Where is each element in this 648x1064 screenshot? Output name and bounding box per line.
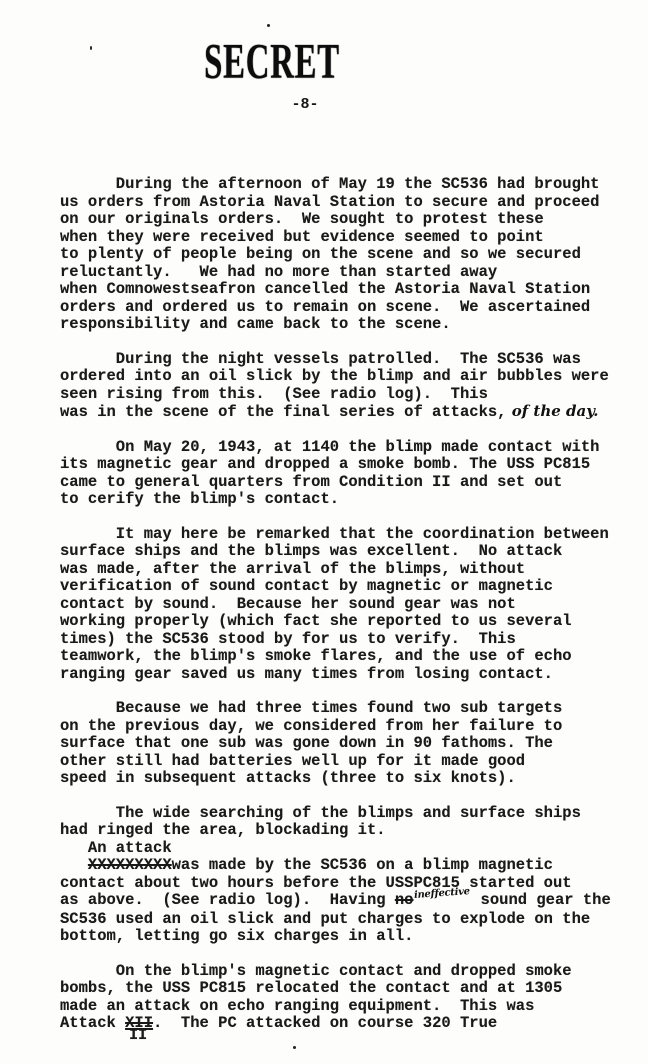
paragraph-1: During the afternoon of May 19 the SC536… xyxy=(60,176,640,334)
document-page: SECRET -8- During the afternoon of May 1… xyxy=(0,0,648,1064)
struck-word: no xyxy=(395,891,414,909)
paragraph-2: During the night vessels patrolled. The … xyxy=(60,351,640,422)
ink-speck xyxy=(293,1046,296,1049)
handwritten-of-the-day: of the day. xyxy=(506,402,598,420)
page-number: -8- xyxy=(0,96,610,113)
ink-speck xyxy=(267,24,270,27)
paragraph-4: It may here be remarked that the coordin… xyxy=(60,526,640,684)
ink-speck xyxy=(90,46,92,50)
attack-number-correction: XIIII xyxy=(125,1015,153,1033)
crossed-out-text: XXXXXXXXX xyxy=(88,856,172,874)
classification-stamp: SECRET xyxy=(0,38,544,86)
attack-number-handwritten: II xyxy=(129,1027,147,1045)
paragraph-6: The wide searching of the blimps and sur… xyxy=(60,805,640,840)
document-body: During the afternoon of May 19 the SC536… xyxy=(60,176,640,1050)
paragraph-7-attack: An attack XXXXXXXXXwas made by the SC536… xyxy=(60,840,640,946)
handwritten-ineffective: ineffective xyxy=(414,883,471,904)
paragraph-8-text2: . The PC attacked on course 320 True xyxy=(153,1014,497,1032)
paragraph-3: On May 20, 1943, at 1140 the blimp made … xyxy=(60,439,640,509)
paragraph-5: Because we had three times found two sub… xyxy=(60,700,640,788)
classification-stamp-text: SECRET xyxy=(204,34,340,91)
paragraph-8: On the blimp's magnetic contact and drop… xyxy=(60,963,640,1033)
